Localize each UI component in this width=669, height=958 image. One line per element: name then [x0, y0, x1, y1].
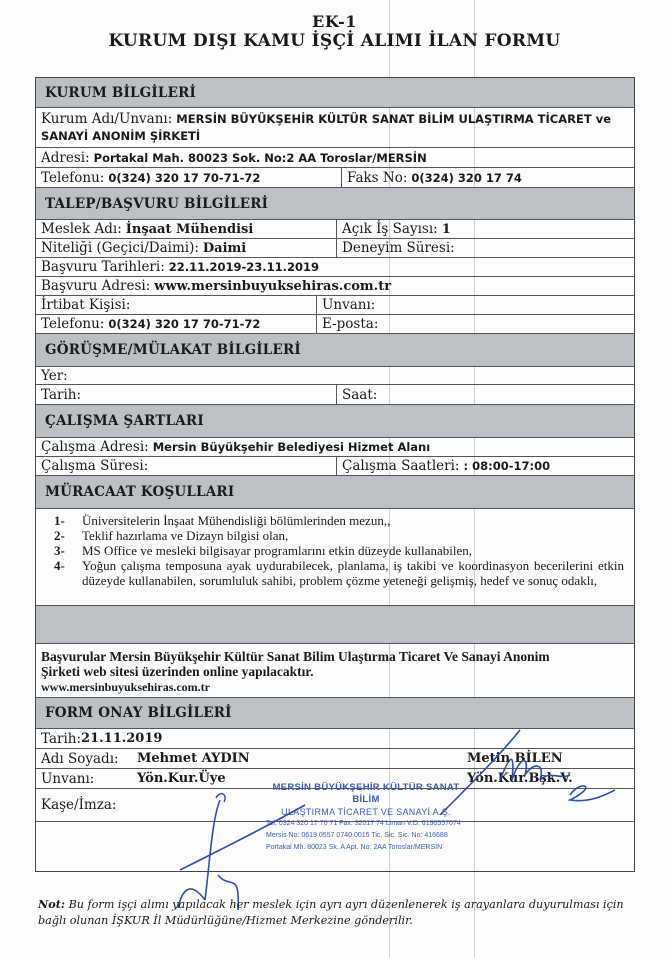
dates-row: Başvuru Tarihleri:22.11.2019-23.11.2019: [36, 258, 634, 277]
application-note-line1: Başvurular Mersin Büyükşehir Kültür Sana…: [41, 649, 550, 664]
institution-name-label: Kurum Adı/Unvanı:: [41, 111, 172, 127]
condition-text: Yoğun çalışma temposuna ayak uydurabilec…: [82, 558, 624, 588]
approver-name-label: Adı Soyadı:: [41, 751, 119, 767]
address-value: Portakal Mah. 80023 Sok. No:2 AA Torosla…: [94, 151, 427, 165]
annex-label: EK-1: [0, 12, 669, 31]
approver-title-label: Unvanı:: [41, 771, 94, 787]
approval-date-row: Tarih:21.11.2019: [36, 729, 634, 749]
nature-row: Niteliği (Geçici/Daimi):Daimi Deneyim Sü…: [36, 239, 634, 258]
apply-address-label: Başvuru Adresi:: [41, 278, 150, 294]
work-address-label: Çalışma Adresi:: [41, 439, 149, 455]
fax-value: 0(324) 320 17 74: [411, 171, 522, 185]
condition-number: 3-: [54, 543, 82, 558]
condition-item: 1-Üniversitelerin İnşaat Mühendisliği bö…: [54, 513, 624, 528]
condition-item: 4-Yoğun çalışma temposuna ayak uydurabil…: [54, 558, 624, 588]
fax-label: Faks No:: [347, 170, 407, 186]
dates-label: Başvuru Tarihleri:: [41, 259, 165, 275]
institution-name-row: Kurum Adı/Unvanı:MERSİN BÜYÜKŞEHİR KÜLTÜ…: [36, 108, 634, 148]
contact-title-label: Unvanı:: [322, 297, 375, 313]
application-note: Başvurular Mersin Büyükşehir Kültür Sana…: [36, 644, 634, 698]
conditions-list: 1-Üniversitelerin İnşaat Mühendisliği bö…: [36, 509, 634, 606]
interview-time-label: Saat:: [342, 387, 377, 403]
job-label: Meslek Adı:: [41, 221, 122, 237]
footer-note-label: Not:: [38, 897, 65, 911]
contact-phone-value: 0(324) 320 17 70-71-72: [108, 317, 260, 331]
work-duration-label: Çalışma Süresi:: [41, 458, 148, 474]
section-spacer: [36, 606, 634, 644]
dates-value: 22.11.2019-23.11.2019: [169, 260, 319, 274]
footer-note: Not: Bu form işçi alımı yapılacak her me…: [38, 896, 638, 929]
footer-note-text: Bu form işçi alımı yapılacak her meslek …: [38, 898, 624, 927]
nature-label: Niteliği (Geçici/Daimi):: [41, 240, 199, 256]
openings-value: 1: [442, 222, 451, 237]
contact-row: İrtibat Kişisi: Unvanı:: [36, 296, 634, 315]
phone-value: 0(324) 320 17 70-71-72: [108, 171, 260, 185]
approver-2-title: Yön.Kur.Bşk.V.: [467, 771, 573, 786]
condition-number: 1-: [54, 513, 82, 528]
work-address-row: Çalışma Adresi:Mersin Büyükşehir Belediy…: [36, 438, 634, 457]
condition-text: Üniversitelerin İnşaat Mühendisliği bölü…: [82, 513, 624, 528]
work-address-value: Mersin Büyükşehir Belediyesi Hizmet Alan…: [153, 440, 430, 454]
email-label: E-posta:: [322, 316, 378, 332]
stamp-line-4: Mersis No: 0619 0557 0740 0015 Tic. Sic.…: [266, 830, 466, 842]
phone-label: Telefonu:: [41, 170, 104, 186]
work-hours-value: : 08:00-17:00: [463, 459, 550, 473]
stamp-line-1: MERSİN BÜYÜKŞEHİR KÜLTÜR SANAT BİLİM: [266, 782, 466, 806]
condition-text: MS Office ve mesleki bilgisayar programl…: [82, 543, 624, 558]
approval-date-label: Tarih:: [41, 731, 81, 747]
page-title: KURUM DIŞI KAMU İŞÇİ ALIMI İLAN FORMU: [0, 31, 669, 51]
approver-1-title: Yön.Kur.Üye: [137, 771, 226, 786]
contact-phone-label: Telefonu:: [41, 316, 104, 332]
approver-name-row: Adı Soyadı: Mehmet AYDIN Metin BİLEN: [36, 749, 634, 769]
place-label: Yer:: [41, 368, 68, 384]
stamp-line-2: ULAŞTIRMA TİCARET VE SANAYİ A.Ş.: [266, 806, 466, 818]
openings-label: Açık İş Sayısı:: [342, 221, 438, 237]
section-header-talep: TALEP/BAŞVURU BİLGİLERİ: [36, 188, 634, 220]
section-header-onay: FORM ONAY BİLGİLERİ: [36, 698, 634, 729]
apply-address-row: Başvuru Adresi:www.mersinbuyuksehiras.co…: [36, 277, 634, 296]
condition-text: Teklif hazırlama ve Dizayn bilgisi olan,: [82, 528, 624, 543]
job-row: Meslek Adı:İnşaat Mühendisi Açık İş Sayı…: [36, 220, 634, 239]
condition-item: 3-MS Office ve mesleki bilgisayar progra…: [54, 543, 624, 558]
address-row: Adresi:Portakal Mah. 80023 Sok. No:2 AA …: [36, 148, 634, 168]
stamp-label: Kaşe/İmza:: [41, 797, 116, 813]
phone-fax-row: Telefonu:0(324) 320 17 70-71-72 Faks No:…: [36, 168, 634, 188]
nature-value: Daimi: [203, 241, 246, 256]
job-value: İnşaat Mühendisi: [126, 222, 254, 237]
approval-date-value: 21.11.2019: [81, 731, 162, 746]
approver-1-name: Mehmet AYDIN: [137, 751, 250, 766]
stamp-line-3: Tel: 0324 320 17 70 71 Fax: 32017 74 Lim…: [266, 818, 466, 830]
stamp-line-5: Portakal Mh. 80023 Sk. A Apt. No: 2AA To…: [266, 842, 466, 854]
place-row: Yer:: [36, 367, 634, 385]
work-hours-label: Çalışma Saatleri:: [342, 458, 459, 474]
address-label: Adresi:: [41, 150, 90, 166]
condition-number: 2-: [54, 528, 82, 543]
application-note-url[interactable]: www.mersinbuyuksehiras.com.tr: [41, 680, 210, 694]
application-note-line2: Şirketi web sitesi üzerinden online yapı…: [41, 664, 314, 679]
section-header-calisma: ÇALIŞMA ŞARTLARI: [36, 405, 634, 438]
interview-date-label: Tarih:: [41, 387, 81, 403]
experience-label: Deneyim Süresi:: [342, 240, 455, 256]
contact-label: İrtibat Kişisi:: [41, 297, 130, 313]
job-posting-form: KURUM BİLGİLERİ Kurum Adı/Unvanı:MERSİN …: [35, 77, 635, 872]
section-header-gorusme: GÖRÜŞME/MÜLAKAT BİLGİLERİ: [36, 334, 634, 367]
apply-address-value[interactable]: www.mersinbuyuksehiras.com.tr: [154, 279, 391, 294]
condition-number: 4-: [54, 558, 82, 588]
condition-item: 2-Teklif hazırlama ve Dizayn bilgisi ola…: [54, 528, 624, 543]
institution-name-value-1: MERSİN BÜYÜKŞEHİR KÜLTÜR SANAT BİLİM ULA…: [176, 112, 611, 126]
section-header-kurum: KURUM BİLGİLERİ: [36, 78, 634, 108]
section-header-muracaat: MÜRACAAT KOŞULLARI: [36, 476, 634, 509]
institution-name-value-2: SANAYİ ANONİM ŞİRKETİ: [41, 129, 200, 143]
work-duration-row: Çalışma Süresi: Çalışma Saatleri:: 08:00…: [36, 457, 634, 476]
company-stamp: MERSİN BÜYÜKŞEHİR KÜLTÜR SANAT BİLİM ULA…: [266, 782, 466, 854]
interview-date-row: Tarih: Saat:: [36, 385, 634, 405]
contact-phone-row: Telefonu:0(324) 320 17 70-71-72 E-posta:: [36, 315, 634, 334]
approver-2-name: Metin BİLEN: [467, 751, 563, 766]
